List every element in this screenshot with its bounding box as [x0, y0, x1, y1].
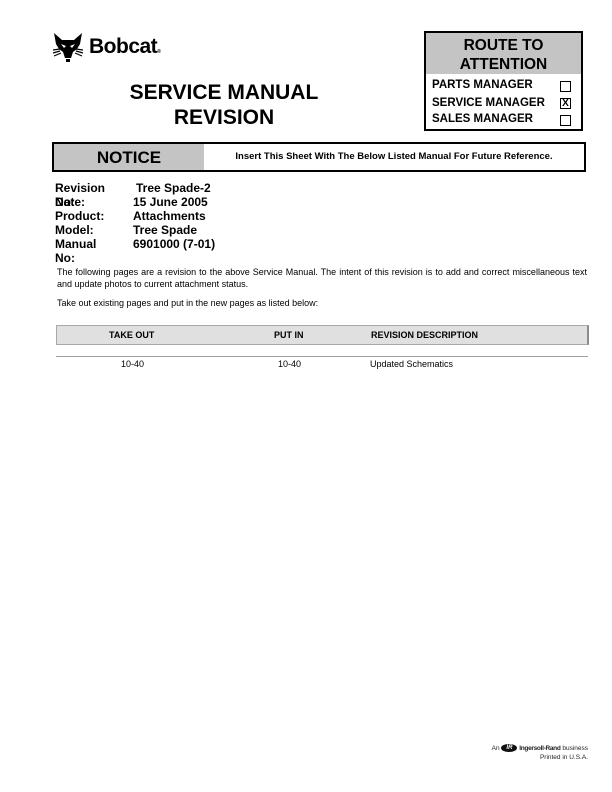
- info-value: Tree Spade: [133, 223, 197, 237]
- printed-in: Printed in U.S.A.: [470, 753, 588, 762]
- notice-message: Insert This Sheet With The Below Listed …: [204, 144, 584, 170]
- ingersoll-rand-logo-icon: IR: [501, 744, 517, 752]
- route-to-attention-box: ROUTE TO ATTENTION PARTS MANAGER SERVICE…: [424, 31, 583, 131]
- info-value: 6901000 (7-01): [133, 237, 215, 251]
- route-item-service-manager: SERVICE MANAGER: [432, 96, 545, 110]
- ingersoll-rand-tagline: An IR Ingersoll-Rand business: [470, 744, 588, 753]
- intro-paragraph: The following pages are a revision to th…: [57, 266, 587, 290]
- instruction-paragraph: Take out existing pages and put in the n…: [57, 297, 587, 309]
- route-item-sales-manager: SALES MANAGER: [432, 112, 533, 126]
- notice-bar: NOTICE Insert This Sheet With The Below …: [52, 142, 586, 172]
- column-header-revision-description: REVISION DESCRIPTION: [371, 326, 478, 344]
- table-row: 10-40 10-40 Updated Schematics: [56, 358, 586, 370]
- bobcat-head-icon: [52, 31, 84, 63]
- info-key: Model:: [55, 223, 94, 237]
- title-line-1: SERVICE MANUAL: [100, 80, 348, 105]
- table-header: TAKE OUT PUT IN REVISION DESCRIPTION: [56, 325, 589, 345]
- service-manager-checkbox[interactable]: X: [560, 98, 571, 109]
- bobcat-logo: Bobcat®: [52, 31, 164, 63]
- cell-put-in: 10-40: [278, 358, 301, 370]
- info-value: Tree Spade-2: [136, 181, 211, 195]
- footer: An IR Ingersoll-Rand business Printed in…: [470, 744, 588, 762]
- route-heading-line-1: ROUTE TO: [426, 36, 581, 55]
- sales-manager-checkbox[interactable]: [560, 115, 571, 126]
- page-title: SERVICE MANUAL REVISION: [100, 80, 348, 130]
- info-value: 15 June 2005: [133, 195, 208, 209]
- brand-name: Bobcat®: [89, 35, 160, 64]
- footer-company: Ingersoll-Rand: [519, 745, 560, 752]
- notice-label: NOTICE: [54, 144, 204, 170]
- title-line-2: REVISION: [100, 105, 348, 130]
- cell-take-out: 10-40: [121, 358, 144, 370]
- route-item-parts-manager: PARTS MANAGER: [432, 78, 533, 92]
- info-key: Manual No:: [55, 237, 96, 265]
- column-header-put-in: PUT IN: [274, 326, 304, 344]
- route-heading: ROUTE TO ATTENTION: [426, 33, 581, 74]
- parts-manager-checkbox[interactable]: [560, 81, 571, 92]
- table-divider: [56, 356, 588, 357]
- footer-suffix: business: [562, 745, 588, 752]
- footer-prefix: An: [492, 745, 500, 752]
- cell-revision-description: Updated Schematics: [370, 358, 453, 370]
- info-value: Attachments: [133, 209, 206, 223]
- info-key: Date:: [55, 195, 85, 209]
- column-header-take-out: TAKE OUT: [109, 326, 154, 344]
- route-heading-line-2: ATTENTION: [426, 55, 581, 74]
- info-key: Product:: [55, 209, 104, 223]
